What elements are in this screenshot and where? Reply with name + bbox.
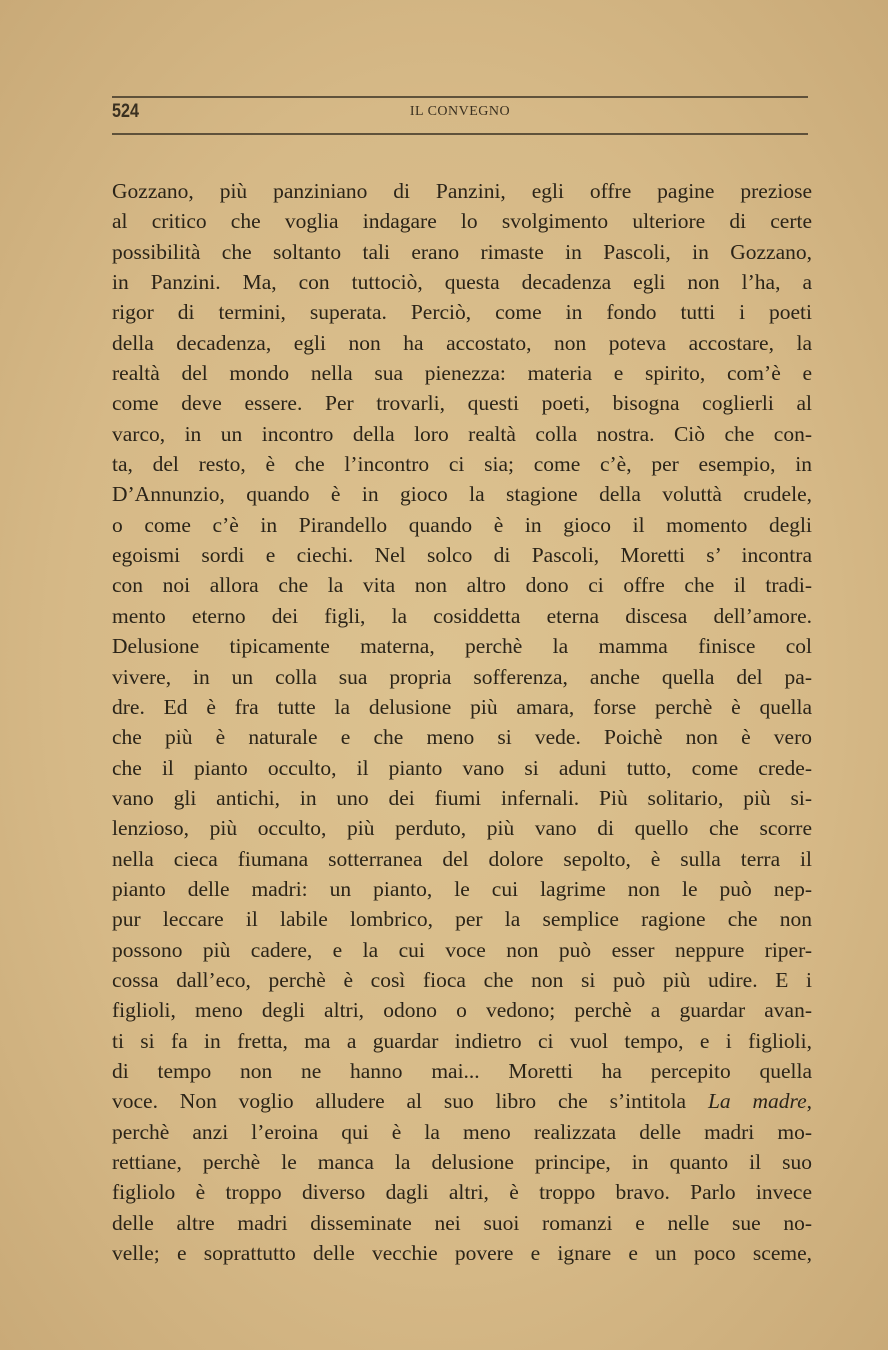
text-line: velle; e soprattutto delle vecchie pover… xyxy=(112,1238,812,1268)
text-line: pianto delle madri: un pianto, le cui la… xyxy=(112,874,812,904)
text-line: che il pianto occulto, il pianto vano si… xyxy=(112,753,812,783)
text-line: della decadenza, egli non ha accostato, … xyxy=(112,328,812,358)
header-bottom-rule xyxy=(112,133,808,135)
text-line: dre. Ed è fra tutte la delusione più ama… xyxy=(112,692,812,722)
text-line: Delusione tipicamente materna, perchè la… xyxy=(112,631,812,661)
text-line: D’Annunzio, quando è in gioco la stagion… xyxy=(112,479,812,509)
running-head: 524 IL CONVEGNO xyxy=(112,101,808,129)
text-line: figlioli, meno degli altri, odono o vedo… xyxy=(112,995,812,1025)
journal-title: IL CONVEGNO xyxy=(112,104,808,120)
text-line: vano gli antichi, in uno dei fiumi infer… xyxy=(112,783,812,813)
text-line: rettiane, perchè le manca la delusione p… xyxy=(112,1147,812,1177)
text-segment: , xyxy=(807,1089,812,1113)
text-line: possibilità che soltanto tali erano rima… xyxy=(112,237,812,267)
text-line: nella cieca fiumana sotterranea del dolo… xyxy=(112,844,812,874)
text-line: come deve essere. Per trovarli, questi p… xyxy=(112,388,812,418)
header-top-rule xyxy=(112,96,808,98)
text-line: che più è naturale e che meno si vede. P… xyxy=(112,722,812,752)
text-segment: voce. Non voglio alludere al suo libro c… xyxy=(112,1089,708,1113)
text-line: realtà del mondo nella sua pienezza: mat… xyxy=(112,358,812,388)
text-line: ta, del resto, è che l’incontro ci sia; … xyxy=(112,449,812,479)
text-line: egoismi sordi e ciechi. Nel solco di Pas… xyxy=(112,540,812,570)
text-line: figliolo è troppo diverso dagli altri, è… xyxy=(112,1177,812,1207)
text-line: in Panzini. Ma, con tuttociò, questa dec… xyxy=(112,267,812,297)
text-line-with-title: voce. Non voglio alludere al suo libro c… xyxy=(112,1086,812,1116)
text-line: lenzioso, più occulto, più perduto, più … xyxy=(112,813,812,843)
text-line: ti si fa in fretta, ma a guardar indietr… xyxy=(112,1026,812,1056)
book-title: La madre xyxy=(708,1089,807,1113)
text-line: o come c’è in Pirandello quando è in gio… xyxy=(112,510,812,540)
text-line: di tempo non ne hanno mai... Moretti ha … xyxy=(112,1056,812,1086)
text-line: varco, in un incontro della loro realtà … xyxy=(112,419,812,449)
text-line: perchè anzi l’eroina qui è la meno reali… xyxy=(112,1117,812,1147)
text-line: Gozzano, più panziniano di Panzini, egli… xyxy=(112,176,812,206)
text-line: rigor di termini, superata. Perciò, come… xyxy=(112,297,812,327)
text-line: mento eterno dei figli, la cosiddetta et… xyxy=(112,601,812,631)
text-line: pur leccare il labile lombrico, per la s… xyxy=(112,904,812,934)
text-line: cossa dall’eco, perchè è così fioca che … xyxy=(112,965,812,995)
body-text: Gozzano, più panziniano di Panzini, egli… xyxy=(112,176,812,1268)
text-line: con noi allora che la vita non altro don… xyxy=(112,570,812,600)
document-page: 524 IL CONVEGNO Gozzano, più panziniano … xyxy=(0,0,888,1350)
text-line: possono più cadere, e la cui voce non pu… xyxy=(112,935,812,965)
text-line: delle altre madri disseminate nei suoi r… xyxy=(112,1208,812,1238)
text-line: al critico che voglia indagare lo svolgi… xyxy=(112,206,812,236)
text-line: vivere, in un colla sua propria sofferen… xyxy=(112,662,812,692)
